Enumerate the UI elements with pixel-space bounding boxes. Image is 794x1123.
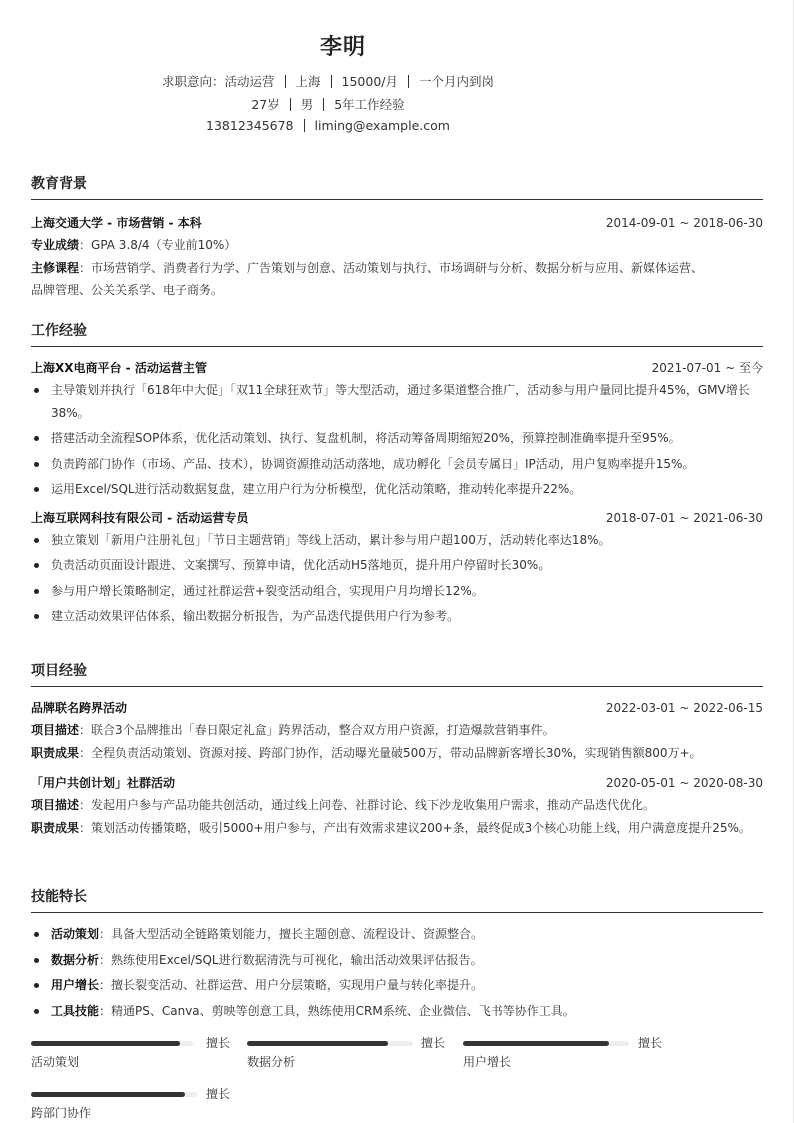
job-bullets: 独立策划「新用户注册礼包」「节日主题营销」等线上活动，累计参与用户超100万，活…: [31, 529, 763, 628]
project-date: 2020-05-01 ~ 2020-08-30: [606, 772, 763, 794]
gpa-label: 专业成绩: [31, 238, 79, 252]
job-bullet: 搭建活动全流程SOP体系，优化活动策划、执行、复盘机制，将活动筹备周期缩短20%…: [31, 427, 763, 450]
skill-name: 跨部门协作: [31, 1104, 91, 1121]
skill-level: 擅长: [638, 1034, 662, 1051]
skill-level: 擅长: [206, 1085, 230, 1102]
skill-text: ：具备大型活动全链路策划能力，擅长主题创意、流程设计、资源整合。: [99, 927, 483, 941]
divider: [285, 75, 286, 88]
divider: [331, 75, 332, 88]
location: 上海: [296, 74, 321, 89]
job-bullet: 建立活动效果评估体系，输出数据分析报告，为产品迭代提供用户行为参考。: [31, 605, 763, 628]
job-title: 上海互联网科技有限公司 - 活动运营专员: [31, 507, 248, 529]
salary: 15000/月: [342, 74, 398, 89]
desc-label: 项目描述: [31, 723, 79, 737]
courses-line: 主修课程：市场营销学、消费者行为学、广告策划与创意、活动策划与执行、市场调研与分…: [31, 257, 763, 302]
job-header: 上海XX电商平台 - 活动运营主管 2021-07-01 ~ 至今: [31, 357, 763, 379]
project-desc: 项目描述：联合3个品牌推出「春日限定礼盒」跨界活动，整合双方用户资源，打造爆款营…: [31, 719, 763, 742]
work-section: 工作经验 上海XX电商平台 - 活动运营主管 2021-07-01 ~ 至今 主…: [31, 320, 763, 631]
job-bullet: 运用Excel/SQL进行活动数据复盘，建立用户行为分析模型，优化活动策略，推动…: [31, 478, 763, 501]
project-header: 品牌联名跨界活动 2022-03-01 ~ 2022-06-15: [31, 697, 763, 719]
skill-level: 擅长: [421, 1034, 445, 1051]
skill-label: 用户增长: [51, 978, 99, 992]
school-major-degree: 上海交通大学 - 市场营销 - 本科: [31, 212, 202, 234]
skill-text: ：精通PS、Canva、剪映等创意工具，熟练使用CRM系统、企业微信、飞书等协作…: [99, 1004, 575, 1018]
project-result: 职责成果：全程负责活动策划、资源对接、跨部门协作，活动曝光量破500万，带动品牌…: [31, 742, 763, 765]
contact-line: 13812345678liming@example.com: [0, 118, 656, 133]
candidate-name: 李明: [0, 30, 686, 61]
skill-bar-fill: [463, 1041, 609, 1046]
divider: [290, 98, 291, 111]
skill-level: 擅长: [206, 1034, 230, 1051]
courses-value-cont: 品牌管理、公关关系学、电子商务。: [31, 283, 223, 297]
job-date: 2018-07-01 ~ 2021-06-30: [606, 507, 763, 529]
skill-name: 用户增长: [463, 1053, 511, 1070]
education-date: 2014-09-01 ~ 2018-06-30: [606, 212, 763, 234]
section-title: 技能特长: [31, 886, 763, 908]
courses-value: ：市场营销学、消费者行为学、广告策划与创意、活动策划与执行、市场调研与分析、数据…: [79, 261, 703, 275]
job-bullet: 负责活动页面设计跟进、文案撰写、预算申请，优化活动H5落地页，提升用户停留时长3…: [31, 554, 763, 577]
desc-text: ：发起用户参与产品功能共创活动，通过线上问卷、社群讨论、线下沙龙收集用户需求，推…: [79, 798, 655, 812]
personal-info-line: 27岁男5年工作经验: [0, 95, 656, 113]
section-divider: [31, 686, 763, 687]
result-label: 职责成果: [31, 746, 79, 760]
job-bullets: 主导策划并执行「618年中大促」「双11全球狂欢节」等大型活动，通过多渠道整合推…: [31, 379, 763, 501]
project-title: 「用户共创计划」社群活动: [31, 772, 175, 794]
project-result: 职责成果：策划活动传播策略，吸引5000+用户参与，产出有效需求建议200+条，…: [31, 817, 763, 840]
section-title: 教育背景: [31, 173, 763, 195]
skill-bar-fill: [247, 1041, 388, 1046]
skill-name: 数据分析: [247, 1053, 295, 1070]
project-title: 品牌联名跨界活动: [31, 697, 127, 719]
education-entry: 上海交通大学 - 市场营销 - 本科 2014-09-01 ~ 2018-06-…: [31, 212, 763, 234]
job-bullet: 主导策划并执行「618年中大促」「双11全球狂欢节」等大型活动，通过多渠道整合推…: [31, 379, 763, 424]
skill-label: 数据分析: [51, 953, 99, 967]
job-intention-line: 求职意向：活动运营上海15000/月一个月内到岗: [0, 72, 656, 90]
gpa-line: 专业成绩：GPA 3.8/4（专业前10%）: [31, 234, 763, 257]
availability: 一个月内到岗: [419, 74, 494, 89]
project-desc: 项目描述：发起用户参与产品功能共创活动，通过线上问卷、社群讨论、线下沙龙收集用户…: [31, 794, 763, 817]
skill-bar-fill: [31, 1092, 185, 1097]
divider: [304, 119, 305, 132]
skill-bullet: 用户增长：擅长裂变活动、社群运营、用户分层策略，实现用户量与转化率提升。: [31, 974, 763, 997]
resume-page: 李明 求职意向：活动运营上海15000/月一个月内到岗 27岁男5年工作经验 1…: [0, 0, 794, 1123]
skill-bullet: 活动策划：具备大型活动全链路策划能力，擅长主题创意、流程设计、资源整合。: [31, 923, 763, 946]
skill-bullet: 数据分析：熟练使用Excel/SQL进行数据清洗与可视化，输出活动效果评估报告。: [31, 949, 763, 972]
skill-name: 活动策划: [31, 1053, 79, 1070]
email[interactable]: liming@example.com: [315, 118, 450, 133]
desc-text: ：联合3个品牌推出「春日限定礼盒」跨界活动，整合双方用户资源，打造爆款营销事件。: [79, 723, 555, 737]
section-title: 项目经验: [31, 660, 763, 682]
section-title: 工作经验: [31, 320, 763, 342]
skill-text: ：擅长裂变活动、社群运营、用户分层策略，实现用户量与转化率提升。: [99, 978, 483, 992]
skill-bullets: 活动策划：具备大型活动全链路策划能力，擅长主题创意、流程设计、资源整合。 数据分…: [31, 923, 763, 1022]
result-label: 职责成果: [31, 821, 79, 835]
projects-section: 项目经验 品牌联名跨界活动 2022-03-01 ~ 2022-06-15 项目…: [31, 660, 763, 839]
job-bullet: 独立策划「新用户注册礼包」「节日主题营销」等线上活动，累计参与用户超100万，活…: [31, 529, 763, 552]
skill-text: ：熟练使用Excel/SQL进行数据清洗与可视化，输出活动效果评估报告。: [99, 953, 483, 967]
age: 27岁: [251, 97, 279, 112]
project-header: 「用户共创计划」社群活动 2020-05-01 ~ 2020-08-30: [31, 772, 763, 794]
education-section: 教育背景 上海交通大学 - 市场营销 - 本科 2014-09-01 ~ 201…: [31, 173, 763, 302]
job-intention: 求职意向：活动运营: [162, 74, 275, 89]
section-divider: [31, 912, 763, 913]
result-text: ：全程负责活动策划、资源对接、跨部门协作，活动曝光量破500万，带动品牌新客增长…: [79, 746, 702, 760]
job-bullet: 负责跨部门协作（市场、产品、技术），协调资源推动活动落地，成功孵化「会员专属日」…: [31, 453, 763, 476]
gpa-value: ：GPA 3.8/4（专业前10%）: [79, 238, 236, 252]
skills-section: 技能特长 活动策划：具备大型活动全链路策划能力，擅长主题创意、流程设计、资源整合…: [31, 886, 763, 1025]
skill-label: 工具技能: [51, 1004, 99, 1018]
skill-label: 活动策划: [51, 927, 99, 941]
project-date: 2022-03-01 ~ 2022-06-15: [606, 697, 763, 719]
job-title: 上海XX电商平台 - 活动运营主管: [31, 357, 207, 379]
result-text: ：策划活动传播策略，吸引5000+用户参与，产出有效需求建议200+条，最终促成…: [79, 821, 751, 835]
skill-bar-fill: [31, 1041, 180, 1046]
experience-years: 5年工作经验: [334, 97, 404, 112]
job-header: 上海互联网科技有限公司 - 活动运营专员 2018-07-01 ~ 2021-0…: [31, 507, 763, 529]
skill-bullet: 工具技能：精通PS、Canva、剪映等创意工具，熟练使用CRM系统、企业微信、飞…: [31, 1000, 763, 1023]
job-bullet: 参与用户增长策略制定，通过社群运营+裂变活动组合，实现用户月均增长12%。: [31, 580, 763, 603]
desc-label: 项目描述: [31, 798, 79, 812]
job-date: 2021-07-01 ~ 至今: [652, 357, 763, 379]
section-divider: [31, 346, 763, 347]
divider: [323, 98, 324, 111]
divider: [408, 75, 409, 88]
phone: 13812345678: [206, 118, 293, 133]
gender: 男: [301, 97, 314, 112]
courses-label: 主修课程: [31, 261, 79, 275]
section-divider: [31, 199, 763, 200]
